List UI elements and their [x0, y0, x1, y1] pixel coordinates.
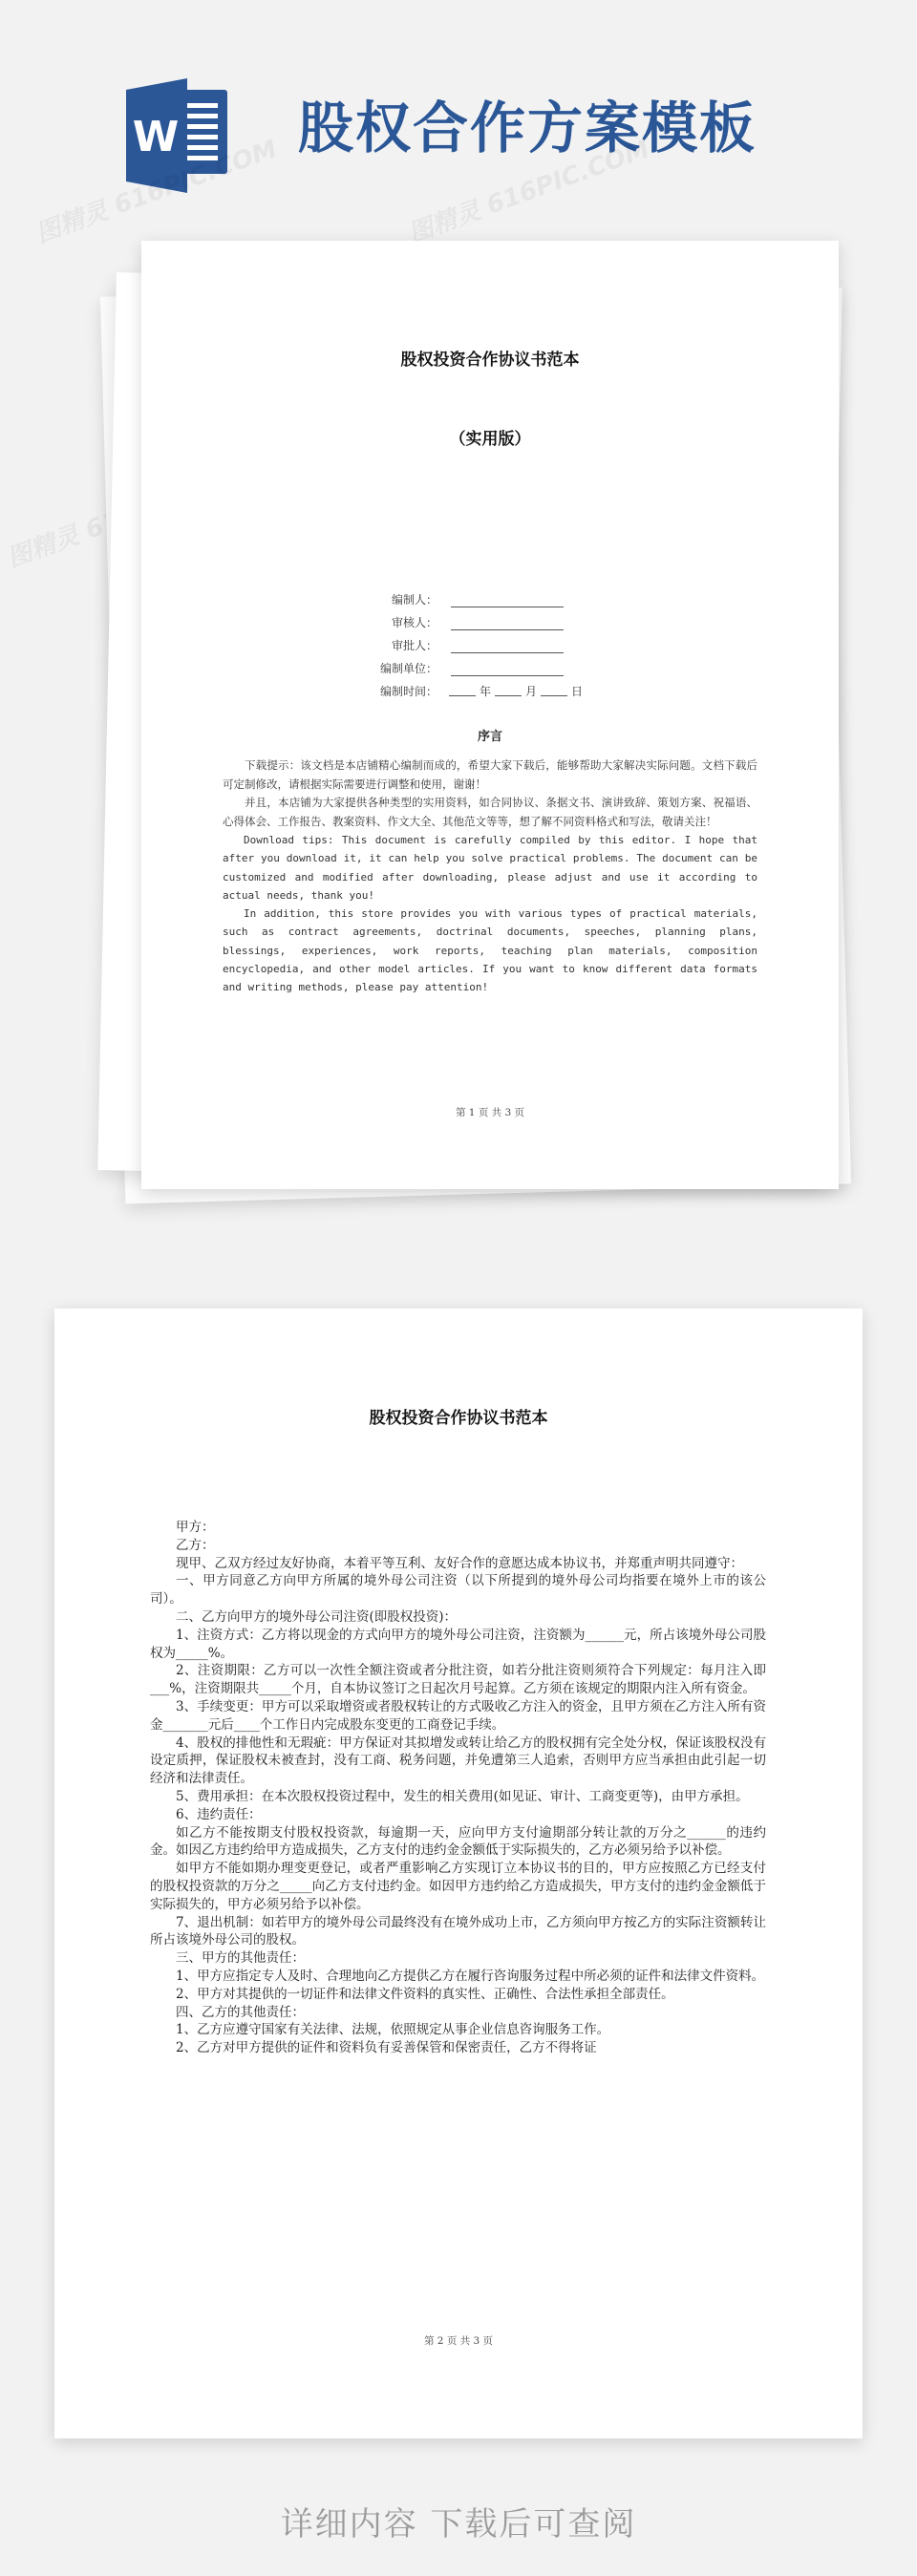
signoff-block: 编制人： 审核人： 审批人： 编制单位： 编制时间： 年 月 日 — [359, 585, 646, 699]
signoff-row-date: 编制时间： 年 月 日 — [359, 676, 646, 699]
agreement-paragraph: 现甲、乙双方经过友好协商，本着平等互利、友好合作的意愿达成本协议书，并郑重声明共… — [150, 1555, 766, 1573]
page-title: 股权合作方案模板 — [298, 94, 757, 162]
signoff-blank-line — [451, 639, 564, 653]
agreement-body: 甲方： 乙方： 现甲、乙双方经过友好协商，本着平等互利、友好合作的意愿达成本协议… — [150, 1519, 766, 2057]
preface-body: 下载提示：该文档是本店铺精心编制而成的，希望大家下载后，能够帮助大家解决实际问题… — [223, 756, 757, 997]
document-page-1: 股权投资合作协议书范本 （实用版） 编制人： 审核人： 审批人： 编制单位： 编… — [141, 241, 839, 1189]
agreement-paragraph: 1、甲方应指定专人及时、合理地向乙方提供乙方在履行咨询服务过程中所必须的证件和法… — [150, 1968, 766, 1986]
page-number: 第 2 页 共 3 页 — [54, 2333, 863, 2348]
signoff-row-unit: 编制单位： — [359, 653, 646, 676]
agreement-paragraph: 1、注资方式：乙方将以现金的方式向甲方的境外母公司注资，注资额为______元，… — [150, 1627, 766, 1663]
svg-text:W: W — [133, 113, 180, 161]
preface-title: 序言 — [141, 726, 839, 744]
signoff-row-reviewer: 审核人： — [359, 607, 646, 630]
agreement-paragraph: 5、费用承担：在本次股权投资过程中，发生的相关费用(如见证、审计、工商变更等)，… — [150, 1788, 766, 1806]
word-document-icon: W — [126, 78, 229, 193]
agreement-paragraph: 6、违约责任： — [150, 1806, 766, 1824]
agreement-paragraph: 4、股权的排他性和无瑕疵：甲方保证对其拟增发或转让给乙方的股权拥有完全处分权，保… — [150, 1735, 766, 1788]
agreement-paragraph: 2、注资期限：乙方可以一次性全额注资或者分批注资，如若分批注资则须符合下列规定：… — [150, 1662, 766, 1698]
agreement-paragraph: 一、甲方同意乙方向甲方所属的境外母公司注资（以下所提到的境外母公司均指要在境外上… — [150, 1572, 766, 1608]
agreement-paragraph: 二、乙方向甲方的境外母公司注资(即股权投资)： — [150, 1608, 766, 1627]
agreement-paragraph: 如乙方不能按期支付股权投资款，每逾期一天，应向甲方支付逾期部分转让款的万分之__… — [150, 1824, 766, 1861]
document-title: 股权投资合作协议书范本 — [141, 346, 839, 370]
agreement-paragraph: 1、乙方应遵守国家有关法律、法规，依照规定从事企业信息咨询服务工作。 — [150, 2021, 766, 2039]
agreement-paragraph: 3、手续变更：甲方可以采取增资或者股权转让的方式吸收乙方注入的资金，且甲方须在乙… — [150, 1698, 766, 1735]
agreement-paragraph: 7、退出机制：如若甲方的境外母公司最终没有在境外成功上市，乙方须向甲方按乙方的实… — [150, 1914, 766, 1950]
agreement-paragraph: 乙方： — [150, 1537, 766, 1555]
agreement-paragraph: 四、乙方的其他责任： — [150, 2004, 766, 2022]
signoff-blank-line — [451, 662, 564, 676]
document-subtitle: （实用版） — [141, 425, 839, 449]
header: W 股权合作方案模板 — [0, 0, 917, 210]
document-title: 股权投资合作协议书范本 — [54, 1404, 863, 1428]
signoff-row-approver: 审批人： — [359, 630, 646, 653]
signoff-row-editor: 编制人： — [359, 585, 646, 607]
agreement-paragraph: 三、甲方的其他责任： — [150, 1949, 766, 1968]
page-number: 第 1 页 共 3 页 — [141, 1105, 839, 1119]
document-page-2: 股权投资合作协议书范本 甲方： 乙方： 现甲、乙双方经过友好协商，本着平等互利、… — [54, 1309, 863, 2438]
preface-paragraph-en: In addition, this store provides you wit… — [223, 905, 757, 996]
signoff-blank-line — [451, 616, 564, 630]
agreement-paragraph: 甲方： — [150, 1519, 766, 1537]
agreement-paragraph: 如甲方不能如期办理变更登记，或者严重影响乙方实现订立本协议书的目的，甲方应按照乙… — [150, 1860, 766, 1913]
agreement-paragraph: 2、乙方对甲方提供的证件和资料负有妥善保管和保密责任，乙方不得将证 — [150, 2039, 766, 2057]
preface-paragraph: 下载提示：该文档是本店铺精心编制而成的，希望大家下载后，能够帮助大家解决实际问题… — [223, 756, 757, 794]
download-hint-caption: 详细内容 下载后可查阅 — [0, 2498, 917, 2544]
date-fields: 年 月 日 — [449, 683, 583, 699]
preface-paragraph: 并且，本店铺为大家提供各种类型的实用资料，如合同协议、条据文书、演讲致辞、策划方… — [223, 794, 757, 831]
signoff-blank-line — [451, 593, 564, 607]
agreement-paragraph: 2、甲方对其提供的一切证件和法律文件资料的真实性、正确性、合法性承担全部责任。 — [150, 1986, 766, 2004]
preface-paragraph-en: Download tips: This document is carefull… — [223, 831, 757, 905]
